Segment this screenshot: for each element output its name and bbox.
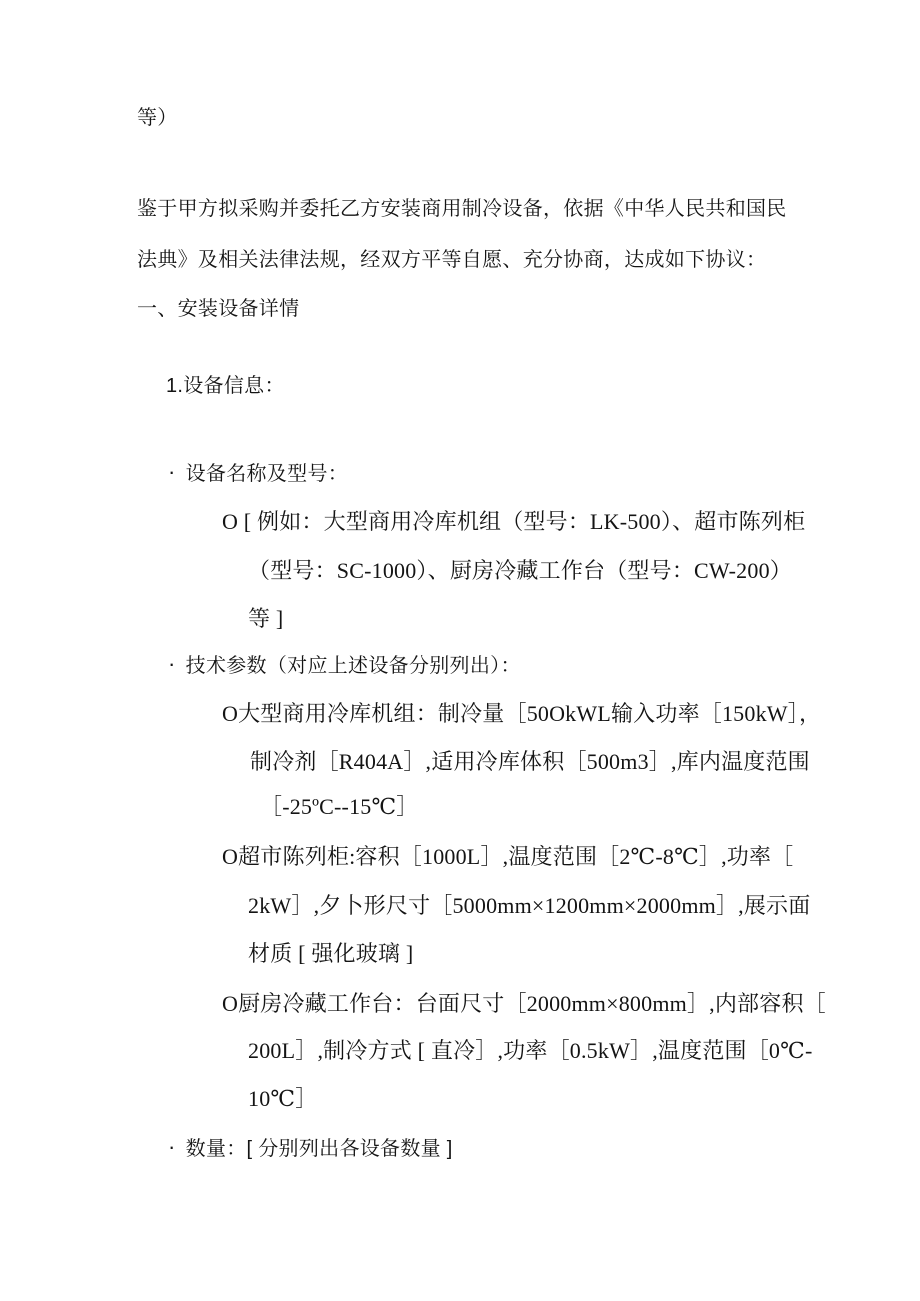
doc-line: 等） xyxy=(137,106,178,131)
doc-line: ·技术参数（对应上述设备分别列出）： xyxy=(168,650,521,679)
subsection-heading: 1.设备信息： xyxy=(166,374,285,399)
doc-line: （型号：SC-1000）、厨房冷藏工作台（型号：CW-200） xyxy=(248,557,792,585)
doc-line-text: 数量：[ 分别列出各设备数量 ] xyxy=(186,1138,453,1160)
doc-line-text: 技术参数（对应上述设备分别列出）： xyxy=(186,655,521,677)
doc-line: 材质 [ 强化玻璃 ] xyxy=(248,940,413,968)
doc-line: O厨房冷藏工作台：台面尺寸［2000mm×800mm］,内部容积［ xyxy=(222,990,826,1018)
bullet-icon: · xyxy=(168,650,176,678)
doc-line: O大型商用冷库机组：制冷量［50OkWL输入功率［150kW］， xyxy=(222,700,821,728)
doc-line: ·数量：[ 分别列出各设备数量 ] xyxy=(168,1133,453,1162)
doc-line: O [ 例如：大型商用冷库机组（型号：LK-500）、超市陈列柜 xyxy=(222,508,805,536)
doc-line: O超市陈列柜:容积［1000L］,温度范围［2℃-8℃］,功率［ xyxy=(222,843,793,871)
bullet-icon: · xyxy=(168,1133,176,1161)
doc-line: 2kW］,夕卜形尺寸［5000mm×1200mm×2000mm］,展示面 xyxy=(248,892,810,920)
doc-line: ［-25ºC--15℃］ xyxy=(260,793,418,821)
doc-line: 10℃］ xyxy=(248,1085,317,1113)
section-heading: 一、安装设备详情 xyxy=(137,297,299,322)
doc-line: 制冷剂［R404A］,适用冷库体积［500m3］,库内温度范围 xyxy=(250,748,810,776)
document-page: 等） 鉴于甲方拟采购并委托乙方安装商用制冷设备，依据《中华人民共和国民 法典》及… xyxy=(0,0,920,1301)
doc-line: 法典》及相关法律法规，经双方平等自愿、充分协商，达成如下协议： xyxy=(137,248,766,273)
doc-line: ·设备名称及型号： xyxy=(168,458,348,487)
bullet-icon: · xyxy=(168,458,176,486)
doc-line: 鉴于甲方拟采购并委托乙方安装商用制冷设备，依据《中华人民共和国民 xyxy=(137,197,787,222)
doc-line: 200L］,制冷方式 [ 直冷］,功率［0.5kW］,温度范围［0℃- xyxy=(248,1037,812,1065)
doc-line: 等 ] xyxy=(248,605,283,633)
doc-line-text: 设备名称及型号： xyxy=(186,463,348,485)
